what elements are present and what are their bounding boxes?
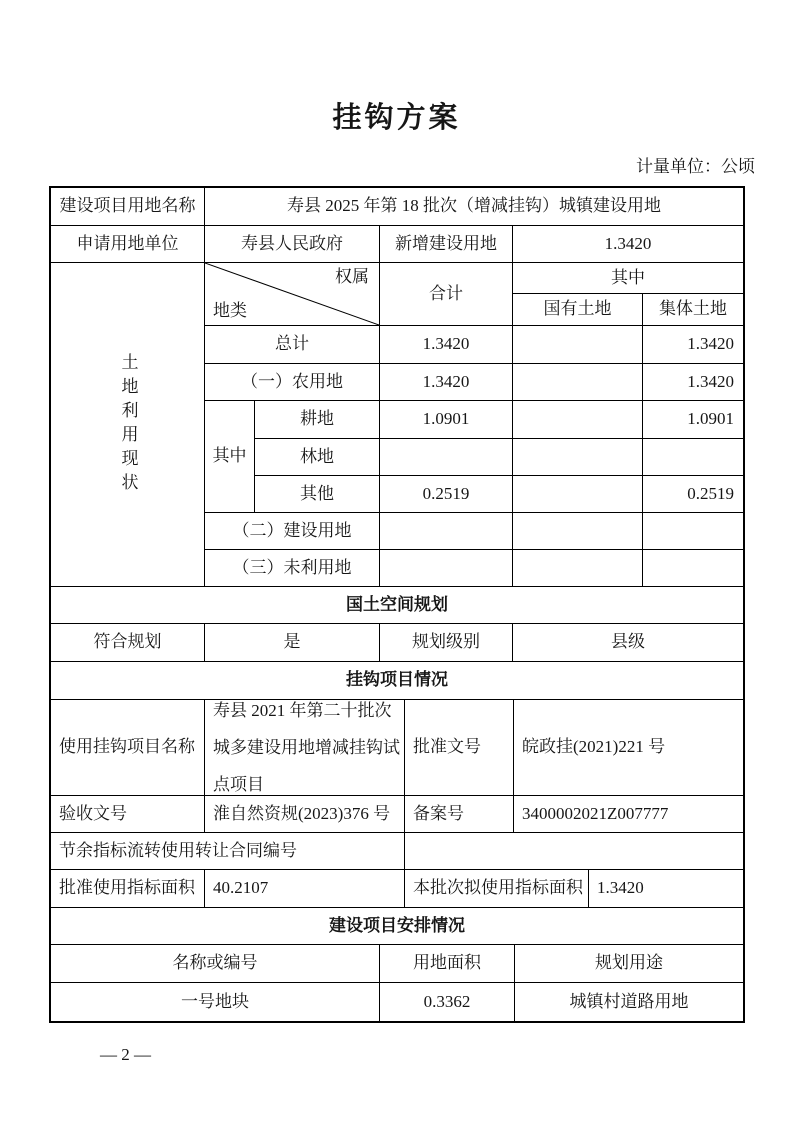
spatial-planning-row: 符合规划 是 规划级别 县级: [51, 624, 743, 662]
col-header-total: 合计: [380, 263, 513, 326]
row-unused-state: [513, 550, 643, 587]
row-agricultural-collective: 1.3420: [643, 364, 743, 401]
row-agricultural-state: [513, 364, 643, 401]
unit-note: 计量单位：公顷: [0, 152, 793, 177]
applicant-label: 申请用地单位: [51, 226, 205, 263]
applicant-value: 寿县人民政府: [205, 226, 380, 263]
basic-info-section: 建设项目用地名称 寿县 2025 年第 18 批次（增减挂钩）城镇建设用地 申请…: [51, 188, 743, 263]
row-total-label: 总计: [205, 326, 380, 364]
row-total-collective: 1.3420: [643, 326, 743, 364]
conform-plan-label: 符合规划: [51, 624, 205, 662]
acceptance-doc-label: 验收文号: [51, 796, 205, 833]
row-unused-label: （三）未利用地: [205, 550, 380, 587]
row-other-sum: 0.2519: [380, 476, 513, 513]
arrangement-col-name: 名称或编号: [51, 945, 380, 983]
indicator-area-row: 批准使用指标面积 40.2107 本批次拟使用指标面积 1.3420: [51, 870, 743, 908]
surplus-contract-row: 节余指标流转使用转让合同编号: [51, 833, 743, 870]
parcel-area: 0.3362: [380, 983, 515, 1021]
diagonal-header-cell: 权属 地类: [205, 263, 380, 326]
row-total-state: [513, 326, 643, 364]
approved-area-value: 40.2107: [205, 870, 405, 908]
row-cultivated-sum: 1.0901: [380, 401, 513, 439]
project-name-value: 寿县 2025 年第 18 批次（增减挂钩）城镇建设用地: [205, 188, 743, 226]
linkage-project-section-title: 挂钩项目情况: [51, 662, 743, 700]
approval-doc-value: 皖政挂(2021)221 号: [514, 700, 743, 796]
page-title: 挂钩方案: [0, 0, 793, 136]
row-unused-sum: [380, 550, 513, 587]
arrangement-col-area: 用地面积: [380, 945, 515, 983]
new-construction-value: 1.3420: [513, 226, 743, 263]
parcel-use: 城镇村道路用地: [515, 983, 743, 1021]
linkage-project-header-row: 挂钩项目情况: [51, 662, 743, 700]
row-agricultural-sum: 1.3420: [380, 364, 513, 401]
plan-level-label: 规划级别: [380, 624, 513, 662]
col-header-state-land: 国有土地: [513, 294, 643, 326]
record-no-value: 3400002021Z007777: [514, 796, 743, 833]
land-use-section-label: 土地利用现状: [51, 263, 205, 587]
approved-area-label: 批准使用指标面积: [51, 870, 205, 908]
diagonal-label-ownership: 权属: [335, 266, 369, 288]
project-arrangement-rows: 名称或编号 用地面积 规划用途 一号地块 0.3362 城镇村道路用地: [51, 945, 743, 1021]
row-total-sum: 1.3420: [380, 326, 513, 364]
record-no-label: 备案号: [405, 796, 514, 833]
row-construction-sum: [380, 513, 513, 550]
new-construction-label: 新增建设用地: [380, 226, 513, 263]
row-cultivated-collective: 1.0901: [643, 401, 743, 439]
approval-doc-label: 批准文号: [405, 700, 514, 796]
project-arrangement-header-row: 建设项目安排情况: [51, 908, 743, 945]
row-cultivated-state: [513, 401, 643, 439]
conform-plan-value: 是: [205, 624, 380, 662]
project-name-label: 建设项目用地名称: [51, 188, 205, 226]
row-construction-label: （二）建设用地: [205, 513, 380, 550]
col-header-among: 其中: [513, 263, 743, 294]
row-construction-collective: [643, 513, 743, 550]
row-other-state: [513, 476, 643, 513]
page-number: — 2 —: [0, 1045, 793, 1065]
row-construction-state: [513, 513, 643, 550]
diagonal-label-category: 地类: [213, 300, 247, 322]
plan-level-value: 县级: [513, 624, 743, 662]
spatial-planning-section-title: 国土空间规划: [51, 587, 743, 624]
arrangement-col-use: 规划用途: [515, 945, 743, 983]
row-forest-state: [513, 439, 643, 476]
surplus-contract-value: [405, 833, 743, 870]
spatial-planning-header-row: 国土空间规划: [51, 587, 743, 624]
row-cultivated-label: 耕地: [255, 401, 380, 439]
among-group-label: 其中: [205, 401, 255, 513]
project-arrangement-section-title: 建设项目安排情况: [51, 908, 743, 945]
batch-area-label: 本批次拟使用指标面积: [405, 870, 589, 908]
linkage-name-label: 使用挂钩项目名称: [51, 700, 205, 796]
row-forest-collective: [643, 439, 743, 476]
row-forest-sum: [380, 439, 513, 476]
col-header-collective-land: 集体土地: [643, 294, 743, 326]
row-unused-collective: [643, 550, 743, 587]
parcel-name: 一号地块: [51, 983, 380, 1021]
row-other-label: 其他: [255, 476, 380, 513]
linkage-name-value: 寿县 2021 年第二十批次城多建设用地增减挂钩试点项目: [205, 700, 405, 796]
surplus-contract-label: 节余指标流转使用转让合同编号: [51, 833, 405, 870]
linkage-plan-table: 建设项目用地名称 寿县 2025 年第 18 批次（增减挂钩）城镇建设用地 申请…: [49, 186, 745, 1023]
row-agricultural-label: （一）农用地: [205, 364, 380, 401]
land-use-vertical-text: 土地利用现状: [116, 353, 138, 497]
acceptance-doc-value: 淮自然资规(2023)376 号: [205, 796, 405, 833]
land-use-section: 土地利用现状 权属 地类 合计 其中 国有土地 集体土地 总计 1.3420 1…: [51, 263, 743, 587]
batch-area-value: 1.3420: [589, 870, 743, 908]
row-other-collective: 0.2519: [643, 476, 743, 513]
document-page: { "page": { "title": "挂钩方案", "unit_note"…: [0, 0, 793, 1122]
linkage-project-rows: 使用挂钩项目名称 寿县 2021 年第二十批次城多建设用地增减挂钩试点项目 批准…: [51, 700, 743, 833]
row-forest-label: 林地: [255, 439, 380, 476]
